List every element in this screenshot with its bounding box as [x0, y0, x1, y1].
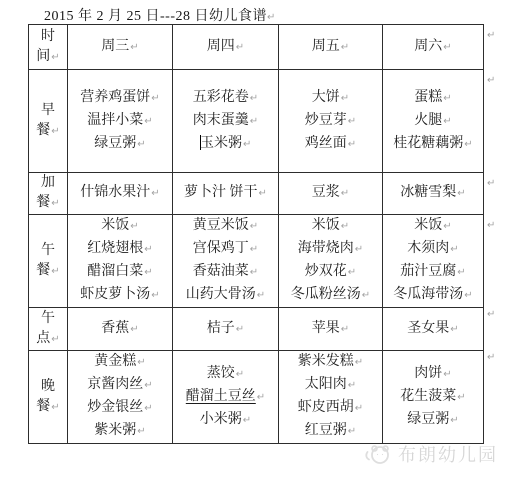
- dish-text: 蒸饺: [207, 366, 235, 381]
- menu-cell: 桔子↵: [173, 308, 279, 351]
- day-header-label: 周六↵: [383, 36, 483, 59]
- menu-cell: 营养鸡蛋饼↵温拌小菜↵绿豆粥↵: [68, 70, 173, 173]
- dish-text: 香蕉: [101, 321, 129, 336]
- menu-cell: 大饼↵炒豆芽↵鸡丝面↵: [279, 70, 383, 173]
- dish-text: 桂花糖藕粥: [393, 136, 463, 151]
- dish-line: 绿豆粥↵: [68, 133, 172, 156]
- paragraph-mark: ↵: [341, 221, 349, 232]
- meal-row-3: 午餐↵米饭↵红烧翅根↵醋溜白菜↵虾皮萝卜汤↵黄豆米饭↵宫保鸡丁↵香菇油菜↵山药大…: [29, 215, 484, 308]
- paragraph-mark: ↵: [341, 188, 349, 199]
- paragraph-mark: ↵: [457, 392, 465, 403]
- dish-text: 虾皮西胡: [298, 400, 354, 415]
- paragraph-mark: ↵: [243, 415, 251, 426]
- dish-text: 黄豆米饭: [193, 218, 249, 233]
- paragraph-mark: ↵: [348, 116, 356, 127]
- dish-text: 萝卜汁 饼干: [184, 185, 258, 200]
- paragraph-mark: ↵: [348, 139, 356, 150]
- paragraph-mark: ↵: [355, 403, 363, 414]
- dish-text: 宫保鸡丁: [193, 241, 249, 256]
- paragraph-mark: ↵: [151, 290, 159, 301]
- row-end-paragraph-mark: ↵: [487, 75, 495, 86]
- paragraph-mark: ↵: [144, 380, 152, 391]
- dish-text: 鸡丝面: [305, 136, 347, 151]
- dish-text: 火腿: [414, 113, 442, 128]
- dish-line: 蒸饺↵: [173, 363, 278, 386]
- paragraph-mark: ↵: [51, 52, 59, 63]
- paragraph-mark: ↵: [457, 188, 465, 199]
- paragraph-mark: ↵: [443, 93, 451, 104]
- page-title-text: 2015 年 2 月 25 日---28 日幼儿食谱: [44, 9, 267, 24]
- dish-line: 黄金糕↵: [68, 351, 172, 374]
- paragraph-mark: ↵: [348, 267, 356, 278]
- dish-text: 苹果: [312, 321, 340, 336]
- paragraph-mark: ↵: [355, 357, 363, 368]
- meal-label-cell: 晚餐↵: [29, 351, 68, 444]
- paragraph-mark: ↵: [355, 244, 363, 255]
- day-header-label: 周四↵: [173, 36, 278, 59]
- paragraph-mark: ↵: [51, 334, 59, 345]
- paragraph-mark: ↵: [137, 357, 145, 368]
- menu-cell: 苹果↵: [279, 308, 383, 351]
- menu-table-body: 时间↵周三↵周四↵周五↵周六↵早餐↵营养鸡蛋饼↵温拌小菜↵绿豆粥↵五彩花卷↵肉末…: [29, 25, 484, 444]
- paragraph-mark: ↵: [443, 369, 451, 380]
- dish-text: 山药大骨汤: [186, 287, 256, 302]
- label-char-line: 餐↵: [29, 121, 67, 142]
- dish-line: 山药大骨汤↵: [173, 284, 278, 307]
- paragraph-mark: ↵: [341, 42, 349, 53]
- dish-text: 炒豆芽: [305, 113, 347, 128]
- menu-cell: 蛋糕↵火腿↵桂花糖藕粥↵: [383, 70, 484, 173]
- paragraph-mark: ↵: [144, 116, 152, 127]
- meal-label-cell: 午点↵: [29, 308, 68, 351]
- dish-line: 圣女果↵: [383, 318, 483, 341]
- document-page: 2015 年 2 月 25 日---28 日幼儿食谱↵ 时间↵周三↵周四↵周五↵…: [0, 0, 511, 482]
- dish-line: 宫保鸡丁↵: [173, 238, 278, 261]
- meal-row-4: 午点↵香蕉↵桔子↵苹果↵圣女果↵: [29, 308, 484, 351]
- dish-line: 花生菠菜↵: [383, 386, 483, 409]
- dish-line: 醋溜白菜↵: [68, 261, 172, 284]
- paragraph-mark: ↵: [130, 42, 138, 53]
- dish-text: 冬瓜海带汤: [393, 287, 463, 302]
- dish-text: 红豆粥: [305, 423, 347, 438]
- dish-line: 桂花糖藕粥↵: [383, 133, 483, 156]
- menu-cell: 紫米发糕↵太阳肉↵虾皮西胡↵红豆粥↵: [279, 351, 383, 444]
- meal-label-cell: 早餐↵: [29, 70, 68, 173]
- paragraph-mark: ↵: [236, 324, 244, 335]
- dish-text: 温拌小菜: [87, 113, 143, 128]
- paragraph-mark: ↵: [250, 93, 258, 104]
- paragraph-mark: ↵: [137, 139, 145, 150]
- paragraph-mark: ↵: [250, 116, 258, 127]
- watermark-text: 布朗幼儿园: [398, 441, 498, 467]
- paragraph-mark: ↵: [51, 198, 59, 209]
- menu-cell: 圣女果↵: [383, 308, 484, 351]
- dish-line: 京酱肉丝↵: [68, 374, 172, 397]
- paragraph-mark: ↵: [267, 12, 276, 23]
- dish-text: 什锦水果汁: [80, 185, 150, 200]
- dish-line: 炒金银丝↵: [68, 397, 172, 420]
- dish-line: 苹果↵: [279, 318, 382, 341]
- paragraph-mark: ↵: [464, 290, 472, 301]
- dish-text: 京酱肉丝: [87, 377, 143, 392]
- label-char-line: 午: [29, 309, 67, 329]
- dish-line: 鸡丝面↵: [279, 133, 382, 156]
- meal-row-5: 晚餐↵黄金糕↵京酱肉丝↵炒金银丝↵紫米粥↵蒸饺↵醋溜土豆丝↵小米粥↵紫米发糕↵太…: [29, 351, 484, 444]
- dish-text: 木须肉: [407, 241, 449, 256]
- menu-cell: 蒸饺↵醋溜土豆丝↵小米粥↵: [173, 351, 279, 444]
- dish-line: 米饭↵: [383, 215, 483, 238]
- row-end-paragraph-mark: ↵: [487, 30, 495, 41]
- paragraph-mark: ↵: [51, 126, 59, 137]
- dish-line: 冰糖雪梨↵: [383, 182, 483, 205]
- label-char-line: 时: [29, 27, 67, 47]
- paragraph-mark: ↵: [151, 93, 159, 104]
- row-end-paragraph-mark: ↵: [487, 352, 495, 363]
- dish-line: 虾皮萝卜汤↵: [68, 284, 172, 307]
- dish-line: 营养鸡蛋饼↵: [68, 87, 172, 110]
- dish-line: 什锦水果汁↵: [68, 182, 172, 205]
- dish-line: 米饭↵: [279, 215, 382, 238]
- row-end-paragraph-mark: ↵: [487, 309, 495, 320]
- day-header-3: 周五↵: [279, 25, 383, 70]
- dish-text: 绿豆粥: [94, 136, 136, 151]
- paragraph-mark: ↵: [348, 426, 356, 437]
- label-char-line: 餐↵: [29, 193, 67, 214]
- paragraph-mark: ↵: [137, 426, 145, 437]
- dish-line: 肉饼↵: [383, 363, 483, 386]
- dish-text: 茄汁豆腐: [400, 264, 456, 279]
- paragraph-mark: ↵: [450, 415, 458, 426]
- dish-text: 紫米粥: [94, 423, 136, 438]
- paragraph-mark: ↵: [341, 324, 349, 335]
- dish-line: 蛋糕↵: [383, 87, 483, 110]
- paragraph-mark: ↵: [457, 267, 465, 278]
- dish-line: 冬瓜海带汤↵: [383, 284, 483, 307]
- meal-row-1: 早餐↵营养鸡蛋饼↵温拌小菜↵绿豆粥↵五彩花卷↵肉末蛋羹↵玉米粥↵大饼↵炒豆芽↵鸡…: [29, 70, 484, 173]
- dish-text: 炒金银丝: [87, 400, 143, 415]
- dish-line: 木须肉↵: [383, 238, 483, 261]
- dish-text: 海带烧肉: [298, 241, 354, 256]
- dish-line: 红豆粥↵: [279, 420, 382, 443]
- day-header-1: 周三↵: [68, 25, 173, 70]
- dish-text: 小米粥: [200, 412, 242, 427]
- page-title: 2015 年 2 月 25 日---28 日幼儿食谱↵: [44, 5, 276, 25]
- paragraph-mark: ↵: [250, 244, 258, 255]
- dish-line: 红烧翅根↵: [68, 238, 172, 261]
- dish-line: 海带烧肉↵: [279, 238, 382, 261]
- kindergarten-logo-icon: [364, 442, 391, 466]
- dish-line: 炒豆芽↵: [279, 110, 382, 133]
- menu-cell: 萝卜汁 饼干↵: [173, 173, 279, 215]
- dish-text: 圣女果: [407, 321, 449, 336]
- dish-line: 紫米粥↵: [68, 420, 172, 443]
- dish-line: 桔子↵: [173, 318, 278, 341]
- paragraph-mark: ↵: [341, 93, 349, 104]
- day-header-4: 周六↵: [383, 25, 484, 70]
- dish-text: 太阳肉: [305, 377, 347, 392]
- menu-cell: 香蕉↵: [68, 308, 173, 351]
- label-char-line: 餐↵: [29, 261, 67, 282]
- dish-text: 豆浆: [312, 185, 340, 200]
- label-char-line: 间↵: [29, 47, 67, 68]
- dish-text: 米饭: [101, 218, 129, 233]
- dish-text: 冰糖雪梨: [400, 185, 456, 200]
- dish-text: 虾皮萝卜汤: [80, 287, 150, 302]
- watermark: 布朗幼儿园: [364, 441, 498, 467]
- paragraph-mark: ↵: [144, 403, 152, 414]
- row-end-paragraph-mark: ↵: [487, 178, 495, 189]
- dish-line: 醋溜土豆丝↵: [173, 386, 278, 409]
- paragraph-mark: ↵: [257, 392, 265, 403]
- dish-line: 绿豆粥↵: [383, 409, 483, 432]
- menu-cell: 五彩花卷↵肉末蛋羹↵玉米粥↵: [173, 70, 279, 173]
- paragraph-mark: ↵: [236, 369, 244, 380]
- dish-text: 紫米发糕: [298, 354, 354, 369]
- dish-line: 玉米粥↵: [173, 133, 278, 156]
- dish-line: 五彩花卷↵: [173, 87, 278, 110]
- menu-cell: 什锦水果汁↵: [68, 173, 173, 215]
- menu-cell: 黄金糕↵京酱肉丝↵炒金银丝↵紫米粥↵: [68, 351, 173, 444]
- paragraph-mark: ↵: [259, 188, 267, 199]
- paragraph-mark: ↵: [51, 266, 59, 277]
- day-header-2: 周四↵: [173, 25, 279, 70]
- dish-text: 醋溜土豆丝: [186, 389, 256, 404]
- dish-text: 肉饼: [414, 366, 442, 381]
- paragraph-mark: ↵: [443, 116, 451, 127]
- menu-cell: 米饭↵红烧翅根↵醋溜白菜↵虾皮萝卜汤↵: [68, 215, 173, 308]
- paragraph-mark: ↵: [243, 139, 251, 150]
- table-header-row: 时间↵周三↵周四↵周五↵周六↵: [29, 25, 484, 70]
- paragraph-mark: ↵: [144, 267, 152, 278]
- dish-line: 黄豆米饭↵: [173, 215, 278, 238]
- dish-line: 虾皮西胡↵: [279, 397, 382, 420]
- dish-line: 米饭↵: [68, 215, 172, 238]
- dish-line: 香蕉↵: [68, 318, 172, 341]
- corner-cell-time: 时间↵: [29, 25, 68, 70]
- dish-line: 炒双花↵: [279, 261, 382, 284]
- paragraph-mark: ↵: [450, 324, 458, 335]
- paragraph-mark: ↵: [443, 221, 451, 232]
- menu-table-wrap: 时间↵周三↵周四↵周五↵周六↵早餐↵营养鸡蛋饼↵温拌小菜↵绿豆粥↵五彩花卷↵肉末…: [28, 24, 484, 444]
- dish-text: 大饼: [312, 90, 340, 105]
- paragraph-mark: ↵: [130, 324, 138, 335]
- row-end-paragraph-mark: ↵: [487, 220, 495, 231]
- paragraph-mark: ↵: [348, 380, 356, 391]
- dish-text: 桔子: [207, 321, 235, 336]
- dish-line: 紫米发糕↵: [279, 351, 382, 374]
- dish-line: 肉末蛋羹↵: [173, 110, 278, 133]
- dish-text: 绿豆粥: [407, 412, 449, 427]
- paragraph-mark: ↵: [450, 244, 458, 255]
- dish-text: 米饭: [312, 218, 340, 233]
- dish-text: 五彩花卷: [193, 90, 249, 105]
- paragraph-mark: ↵: [236, 42, 244, 53]
- paragraph-mark: ↵: [250, 221, 258, 232]
- dish-text: 黄金糕: [94, 354, 136, 369]
- paragraph-mark: ↵: [144, 244, 152, 255]
- paragraph-mark: ↵: [362, 290, 370, 301]
- paragraph-mark: ↵: [464, 139, 472, 150]
- label-char-line: 早: [29, 101, 67, 121]
- menu-cell: 豆浆↵: [279, 173, 383, 215]
- dish-text: 营养鸡蛋饼: [80, 90, 150, 105]
- dish-text: 蛋糕: [414, 90, 442, 105]
- dish-text: 肉末蛋羹: [193, 113, 249, 128]
- meal-label-cell: 午餐↵: [29, 215, 68, 308]
- paragraph-mark: ↵: [257, 290, 265, 301]
- label-char-line: 午: [29, 241, 67, 261]
- dish-text: 香菇油菜: [193, 264, 249, 279]
- dish-text: 红烧翅根: [87, 241, 143, 256]
- dish-text: 冬瓜粉丝汤: [291, 287, 361, 302]
- paragraph-mark: ↵: [443, 42, 451, 53]
- menu-cell: 米饭↵木须肉↵茄汁豆腐↵冬瓜海带汤↵: [383, 215, 484, 308]
- day-header-label: 周三↵: [68, 36, 172, 59]
- dish-text: 花生菠菜: [400, 389, 456, 404]
- menu-cell: 米饭↵海带烧肉↵炒双花↵冬瓜粉丝汤↵: [279, 215, 383, 308]
- meal-label-cell: 加餐↵: [29, 173, 68, 215]
- dish-line: 太阳肉↵: [279, 374, 382, 397]
- dish-text: 玉米粥: [200, 136, 242, 151]
- dish-line: 冬瓜粉丝汤↵: [279, 284, 382, 307]
- dish-line: 萝卜汁 饼干↵: [173, 182, 278, 205]
- paragraph-mark: ↵: [151, 188, 159, 199]
- label-char-line: 加: [29, 173, 67, 193]
- paragraph-mark: ↵: [250, 267, 258, 278]
- dish-text: 醋溜白菜: [87, 264, 143, 279]
- dish-line: 火腿↵: [383, 110, 483, 133]
- meal-row-2: 加餐↵什锦水果汁↵萝卜汁 饼干↵豆浆↵冰糖雪梨↵: [29, 173, 484, 215]
- paragraph-mark: ↵: [51, 402, 59, 413]
- menu-cell: 冰糖雪梨↵: [383, 173, 484, 215]
- label-char-line: 点↵: [29, 329, 67, 350]
- dish-text: 炒双花: [305, 264, 347, 279]
- dish-line: 茄汁豆腐↵: [383, 261, 483, 284]
- label-char-line: 餐↵: [29, 397, 67, 418]
- label-char-line: 晚: [29, 377, 67, 397]
- dish-text: 米饭: [414, 218, 442, 233]
- dish-line: 豆浆↵: [279, 182, 382, 205]
- menu-table: 时间↵周三↵周四↵周五↵周六↵早餐↵营养鸡蛋饼↵温拌小菜↵绿豆粥↵五彩花卷↵肉末…: [28, 24, 484, 444]
- menu-cell: 黄豆米饭↵宫保鸡丁↵香菇油菜↵山药大骨汤↵: [173, 215, 279, 308]
- day-header-label: 周五↵: [279, 36, 382, 59]
- dish-line: 小米粥↵: [173, 409, 278, 432]
- dish-line: 香菇油菜↵: [173, 261, 278, 284]
- dish-line: 温拌小菜↵: [68, 110, 172, 133]
- paragraph-mark: ↵: [130, 221, 138, 232]
- menu-cell: 肉饼↵花生菠菜↵绿豆粥↵: [383, 351, 484, 444]
- dish-line: 大饼↵: [279, 87, 382, 110]
